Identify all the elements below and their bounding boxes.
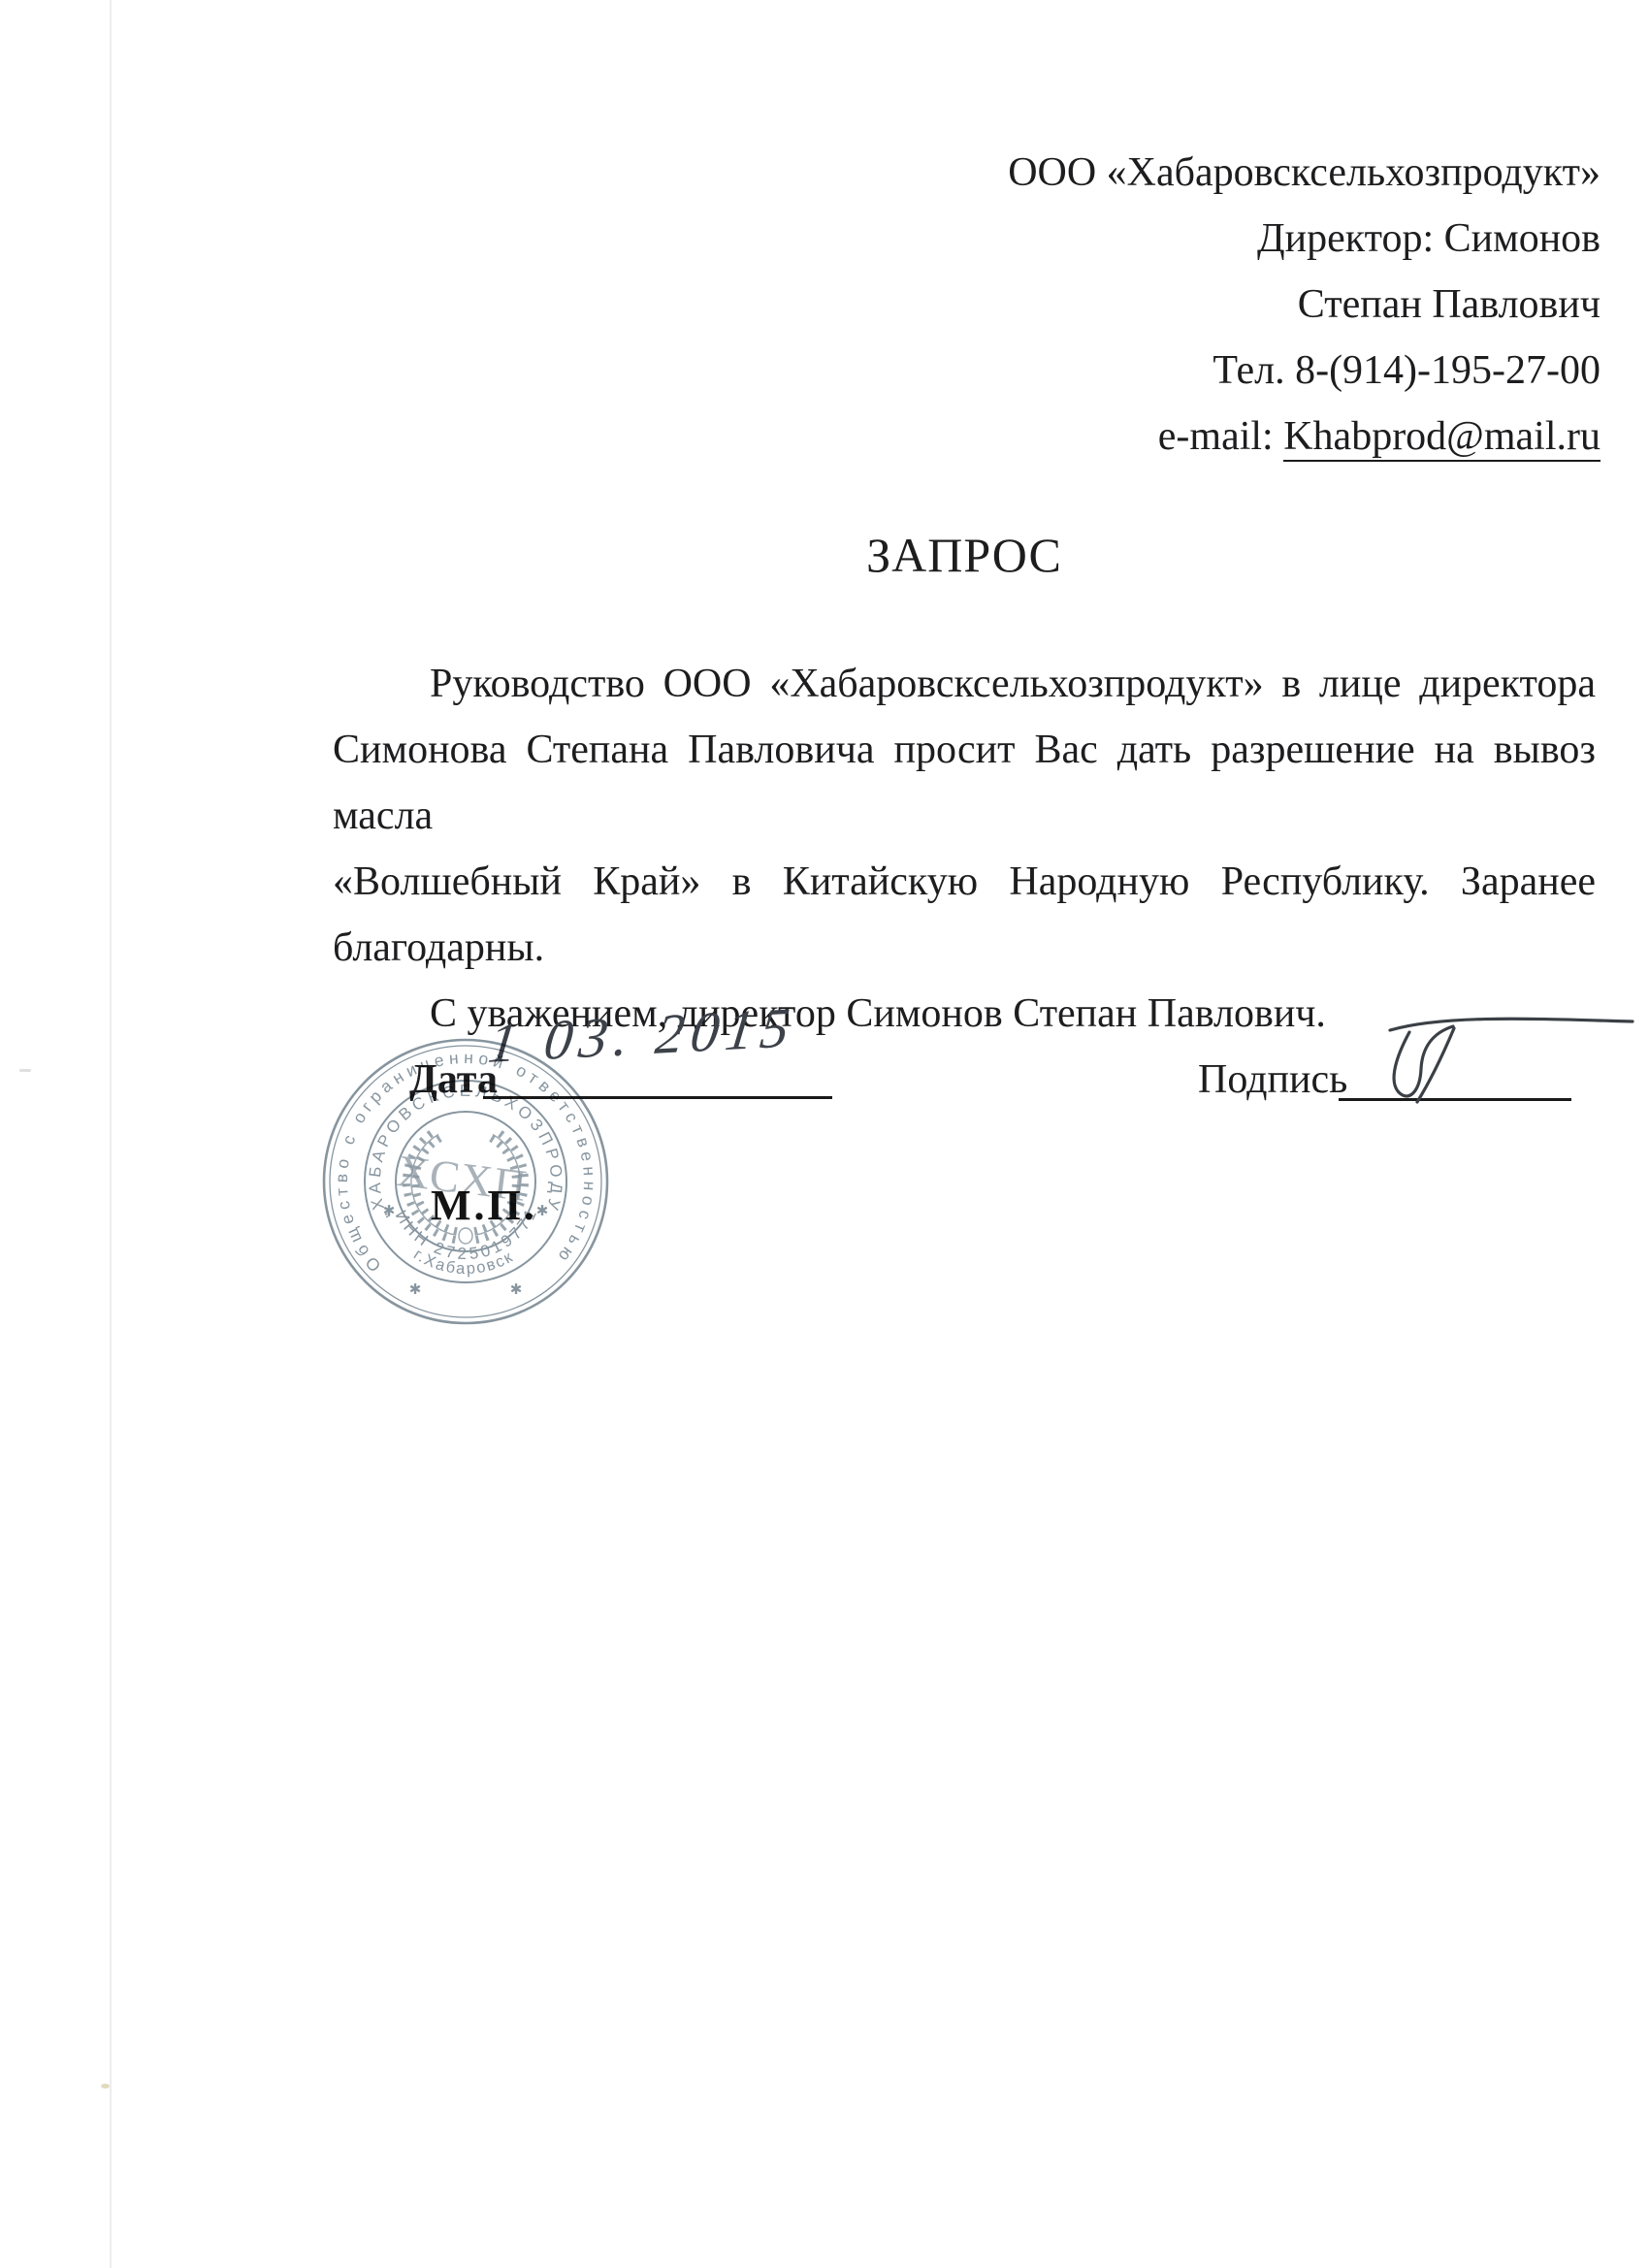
email-label: e-mail: (1158, 414, 1283, 459)
email-line: e-mail: Khabprod@mail.ru (863, 404, 1600, 470)
scan-speck (19, 1069, 31, 1072)
scanned-letter-page: ООО «Хабаровсксельхозпродукт» Директор: … (0, 0, 1649, 2268)
company-name: ООО «Хабаровсксельхозпродукт» (863, 140, 1600, 206)
letterhead: ООО «Хабаровсксельхозпродукт» Директор: … (863, 140, 1600, 470)
body-text: Руководство ООО «Хабаровсксельхозпродукт… (333, 651, 1596, 1047)
scan-speck (101, 2084, 110, 2089)
body-line: благодарны. (333, 915, 1596, 981)
signature-flourish (1390, 1019, 1633, 1030)
signature-loop (1394, 1026, 1453, 1096)
email-address: Khabprod@mail.ru (1283, 414, 1600, 462)
phone-line: Тел. 8-(914)-195-27-00 (863, 338, 1600, 404)
director-name-line: Степан Павлович (863, 272, 1600, 338)
signature-handwriting (1356, 1005, 1637, 1112)
svg-text:✱: ✱ (409, 1281, 422, 1298)
company-round-stamp: Общество с ограниченной ответственностью… (318, 1034, 613, 1329)
body-line: Руководство ООО «Хабаровсксельхозпродукт… (333, 651, 1596, 717)
body-line: Симонова Степана Павловича просит Вас да… (333, 717, 1596, 849)
body-line: «Волшебный Край» в Китайскую Народную Ре… (333, 849, 1596, 915)
document-title: ЗАПРОС (333, 522, 1596, 588)
director-line: Директор: Симонов (863, 206, 1600, 272)
signature-label: Подпись (1198, 1047, 1347, 1113)
scan-fold-line (110, 0, 112, 2268)
svg-text:✱: ✱ (536, 1203, 549, 1219)
svg-text:✱: ✱ (383, 1203, 396, 1219)
svg-text:✱: ✱ (510, 1281, 523, 1298)
